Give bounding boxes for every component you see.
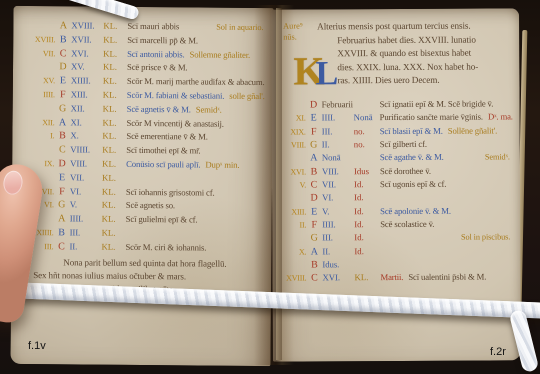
day-numeral: IIII. bbox=[320, 219, 354, 229]
golden-number: II. bbox=[282, 221, 308, 230]
dominical-letter: E bbox=[308, 113, 320, 124]
kalends-label: KL. bbox=[102, 172, 126, 182]
golden-number: XIX. bbox=[282, 127, 308, 136]
day-numeral: II. bbox=[320, 246, 354, 256]
kalends-label: KL. bbox=[103, 34, 127, 44]
feast-entry: Conūsio scī pauli aplī. bbox=[126, 159, 200, 170]
day-numeral: XVII. bbox=[69, 34, 103, 44]
calendar-table-right: DFebruariiScī ignatii epī & M. Scē brigi… bbox=[282, 98, 517, 286]
feast-entry: Scī gilberti cf. bbox=[380, 139, 427, 149]
feast-entry: Purificatio sanc̄te marie v̄ginis. bbox=[380, 112, 483, 123]
dominical-letter: C bbox=[56, 144, 68, 155]
dominical-letter: A bbox=[308, 153, 320, 164]
fingernail bbox=[2, 169, 25, 196]
kalends-label: Id. bbox=[354, 179, 380, 189]
feast-entry: Scī ignatii epī & M. Scē brigide v̄. bbox=[380, 98, 494, 109]
month-verse: Alterius mensis post quartum tercius ens… bbox=[317, 21, 470, 32]
feast-entry: Scī ugonis epī & cf. bbox=[380, 179, 446, 189]
kalends-label: KL. bbox=[102, 200, 126, 210]
dominical-letter: F bbox=[308, 126, 320, 137]
kalends-label: KL. bbox=[102, 228, 126, 238]
kalends-label: KL. bbox=[102, 159, 126, 169]
golden-number: X. bbox=[282, 247, 308, 256]
dominical-letter: G bbox=[308, 139, 320, 150]
calendar-row: GIII.Id.Sol in piscibus. bbox=[282, 232, 516, 247]
kalends-label: KL. bbox=[103, 90, 127, 100]
dominical-letter: D bbox=[308, 193, 320, 204]
day-numeral: VI. bbox=[320, 193, 354, 203]
dominical-letter: B bbox=[56, 131, 68, 142]
golden-number: XVIII. bbox=[282, 274, 308, 283]
feast-entry: Scē agnetis so. bbox=[126, 200, 175, 210]
day-numeral: V. bbox=[320, 206, 354, 216]
day-numeral: Idus. bbox=[320, 259, 354, 269]
feast-entry: Dˣ. ma. bbox=[488, 112, 513, 122]
calendar-row: BIdus. bbox=[282, 258, 516, 273]
dominical-letter: C bbox=[308, 179, 320, 190]
feast-entry: Scī gulielmi epī & cf. bbox=[126, 214, 198, 225]
intro-line: dies. XXIX. luna. XXX. Nox habet ho- bbox=[337, 60, 478, 74]
kalends-label: KL. bbox=[103, 117, 127, 127]
intro-line: Februarius habet dies. XXVIII. lunatio bbox=[337, 34, 478, 48]
golden-number: XVI. bbox=[282, 167, 308, 176]
aureus-margin-note: Aure⁹ nūs. bbox=[283, 21, 303, 42]
day-numeral: XIIII. bbox=[69, 76, 103, 86]
feast-entry: Martii. bbox=[380, 272, 403, 282]
dominical-letter: D bbox=[308, 99, 320, 110]
day-numeral: III. bbox=[320, 126, 354, 136]
feast-entry: Scī marcelli pp̄ & M. bbox=[127, 35, 198, 46]
feast-entry: Scē scolastice v̄. bbox=[380, 219, 434, 229]
calendar-row: DVI.Id. bbox=[282, 192, 516, 207]
dominical-letter: E bbox=[56, 172, 68, 183]
feast-entry: Scī antonii abbis. bbox=[127, 48, 184, 59]
kalends-label: KL. bbox=[103, 103, 127, 113]
dominical-letter: A bbox=[57, 117, 69, 128]
feast-entry: Scōr M vincentij & anastasij. bbox=[127, 117, 224, 128]
kalends-label: no. bbox=[354, 126, 380, 136]
kalends-label: KL. bbox=[102, 145, 126, 155]
day-numeral: VII. bbox=[68, 172, 102, 182]
kalends-label: KL. bbox=[103, 48, 127, 58]
dominical-letter: G bbox=[56, 200, 68, 211]
intro-lines: Februarius habet dies. XXVIII. lunatioXX… bbox=[337, 34, 478, 88]
calendar-row: ANonāScē agathe v̄. & M.Semidˣ. bbox=[282, 152, 516, 167]
day-numeral: VIIII. bbox=[68, 145, 102, 155]
golden-number: XVIII. bbox=[33, 35, 57, 44]
dominical-letter: F bbox=[57, 89, 69, 100]
golden-number: V. bbox=[282, 181, 308, 190]
golden-number: XI. bbox=[282, 114, 308, 123]
dominical-letter: B bbox=[308, 166, 320, 177]
dominical-letter: B bbox=[308, 260, 320, 271]
aureus-line-2: nūs. bbox=[283, 32, 303, 43]
day-numeral: XVI. bbox=[320, 273, 354, 283]
dominical-letter: D bbox=[57, 62, 69, 73]
margin-note: Sol in piscibus. bbox=[461, 233, 516, 242]
dominical-letter: A bbox=[308, 246, 320, 257]
day-numeral: V. bbox=[68, 200, 102, 210]
day-numeral: XI. bbox=[69, 117, 103, 127]
dominical-letter: B bbox=[56, 227, 68, 238]
day-numeral: VI. bbox=[68, 186, 102, 196]
feast-entry: Scī mauri abbis bbox=[127, 21, 179, 31]
folio-label-right: f.2r bbox=[490, 346, 506, 358]
day-numeral: III. bbox=[320, 233, 354, 243]
feast-entry: Scē agnetis v̄ & M. bbox=[127, 104, 191, 115]
calendar-row: XVI.BVIII.IdusScē dorothee v̄. bbox=[282, 165, 516, 180]
kalends-label: Nonā bbox=[354, 112, 380, 122]
dominical-letter: D bbox=[56, 158, 68, 169]
left-page: AXVIII.KL.Scī mauri abbisSol in aquario.… bbox=[10, 6, 273, 366]
dominical-letter: A bbox=[57, 20, 69, 31]
calendar-row: XIX.FIII.no.Scī blasii epī & M.Sollēne g… bbox=[282, 125, 516, 140]
kalends-label: KL. bbox=[103, 76, 127, 86]
kalends-label: KL. bbox=[101, 241, 125, 251]
feast-entry: solle gñal'. bbox=[229, 91, 265, 101]
day-numeral: Nonā bbox=[320, 153, 354, 163]
dominical-letter: E bbox=[308, 206, 320, 217]
aureus-line-1: Aure⁹ bbox=[283, 21, 303, 32]
kl-month-initial: KL bbox=[293, 51, 338, 100]
manuscript-photo: AXVIII.KL.Scī mauri abbisSol in aquario.… bbox=[0, 0, 540, 374]
kalends-label: KL. bbox=[102, 186, 126, 196]
calendar-row: VIII.GII.no.Scī gilberti cf. bbox=[282, 138, 516, 153]
golden-number: III. bbox=[31, 242, 55, 251]
feast-entry: Scī timothei epī & mr̄. bbox=[126, 145, 200, 156]
day-numeral: IIII. bbox=[68, 214, 102, 224]
feast-entry: Sollemne gñaliter. bbox=[190, 49, 251, 60]
feast-entry: Scē agathe v̄. & M. bbox=[380, 152, 444, 162]
day-numeral: VIII. bbox=[320, 166, 354, 176]
kalends-label: KL. bbox=[103, 62, 127, 72]
kalends-label: no. bbox=[354, 139, 380, 149]
golden-number: IIII. bbox=[33, 90, 57, 99]
day-numeral: Februarii bbox=[320, 99, 354, 109]
day-numeral: VIII. bbox=[68, 158, 102, 168]
calendar-table-left: AXVIII.KL.Scī mauri abbisSol in aquario.… bbox=[31, 20, 269, 257]
intro-line: ras. XIIII. Dies uero Decem. bbox=[337, 73, 478, 87]
golden-number: XV. bbox=[33, 76, 57, 85]
feast-entry: Scōr M. ciri & iohannis. bbox=[125, 242, 206, 253]
dominical-letter: A bbox=[56, 213, 68, 224]
dominical-letter: F bbox=[308, 219, 320, 230]
intro-line: XXVIII. & quando est bisextus habet bbox=[337, 47, 478, 61]
calendar-row: DFebruariiScī ignatii epī & M. Scē brigi… bbox=[282, 98, 516, 113]
feast-entry: Semidˣ. bbox=[196, 104, 222, 114]
kalends-label: KL. bbox=[103, 21, 127, 31]
golden-number: VIII. bbox=[282, 140, 308, 149]
kalends-label: Id. bbox=[354, 219, 380, 229]
dominical-letter: C bbox=[308, 273, 320, 284]
calendar-row: II.FIIII.Id.Scē scolastice v̄. bbox=[282, 218, 516, 233]
calendar-row: X.AII.Id. bbox=[282, 245, 516, 260]
margin-note: Semidˣ. bbox=[485, 153, 516, 162]
dominical-letter: G bbox=[308, 233, 320, 244]
kalends-label: Id. bbox=[354, 233, 380, 243]
golden-number: VII. bbox=[33, 49, 57, 58]
day-numeral: II. bbox=[320, 139, 354, 149]
day-numeral: XVIII. bbox=[69, 20, 103, 30]
day-numeral: XV. bbox=[69, 62, 103, 72]
dominical-letter: C bbox=[55, 241, 67, 252]
kalends-label: KL. bbox=[354, 273, 380, 283]
dominical-letter: C bbox=[57, 48, 69, 59]
kalends-label: Id. bbox=[354, 192, 380, 202]
day-numeral: IIII. bbox=[320, 113, 354, 123]
golden-number: IX. bbox=[32, 159, 56, 168]
kalends-label: Idus bbox=[354, 166, 380, 176]
day-numeral: XIII. bbox=[69, 89, 103, 99]
dominical-letter: E bbox=[57, 75, 69, 86]
feast-entry: Scī ualentini p̄sbi & M. bbox=[408, 272, 486, 282]
calendar-row: XIII.EV.Id.Scē apolonie v̄. & M. bbox=[282, 205, 516, 220]
kalends-label: KL. bbox=[102, 131, 126, 141]
calendar-row: XVIII.CXVI.KL.Martii.Scī ualentini p̄sbi… bbox=[282, 272, 516, 287]
day-numeral: III. bbox=[68, 227, 102, 237]
feast-entry: Scī blasii epī & M. bbox=[380, 125, 443, 135]
dominical-letter: G bbox=[57, 103, 69, 114]
kalends-label: Id. bbox=[354, 206, 380, 216]
feast-entry: Scē prisce v̄ & M. bbox=[127, 62, 188, 73]
initial-letter-l: L bbox=[315, 55, 338, 92]
kalends-label: Id. bbox=[354, 246, 380, 256]
day-numeral: X. bbox=[68, 131, 102, 141]
calendar-row: V.CVII.Id.Scī ugonis epī & cf. bbox=[282, 178, 516, 193]
day-numeral: II. bbox=[67, 241, 101, 251]
feast-entry: Scē apolonie v̄. & M. bbox=[380, 205, 451, 215]
feast-entry: Scī iohannis grisostomi cf. bbox=[126, 186, 215, 197]
margin-note: Sol in aquario. bbox=[216, 23, 269, 32]
calendar-row: III.CII.KL.Scōr M. ciri & iohannis. bbox=[31, 241, 267, 257]
golden-number: I. bbox=[32, 131, 56, 140]
feast-entry: Scē dorothee v̄. bbox=[380, 166, 431, 176]
calendar-row: XI.EIIII.NonāPurificatio sanc̄te marie v… bbox=[282, 112, 516, 127]
dominical-letter: B bbox=[57, 34, 69, 45]
feast-entry: Scōr M. marij marthe audifax & abacum. bbox=[127, 76, 265, 87]
day-numeral: XVI. bbox=[69, 48, 103, 58]
dominical-letter: F bbox=[56, 186, 68, 197]
kalends-label: KL. bbox=[102, 214, 126, 224]
folio-label-left: f.1v bbox=[28, 340, 46, 352]
feast-entry: Sollēne gñalit'. bbox=[448, 125, 497, 135]
feast-entry: Dupˣ min. bbox=[205, 160, 239, 170]
feast-entry: Scē emerentiane v̄ & M. bbox=[126, 131, 207, 142]
golden-number: XIII. bbox=[282, 207, 308, 216]
day-numeral: XII. bbox=[69, 103, 103, 113]
feast-entry: Scōr M. fabiani & sebastiani. bbox=[127, 90, 225, 101]
day-numeral: VII. bbox=[320, 179, 354, 189]
golden-number: XII. bbox=[33, 118, 57, 127]
